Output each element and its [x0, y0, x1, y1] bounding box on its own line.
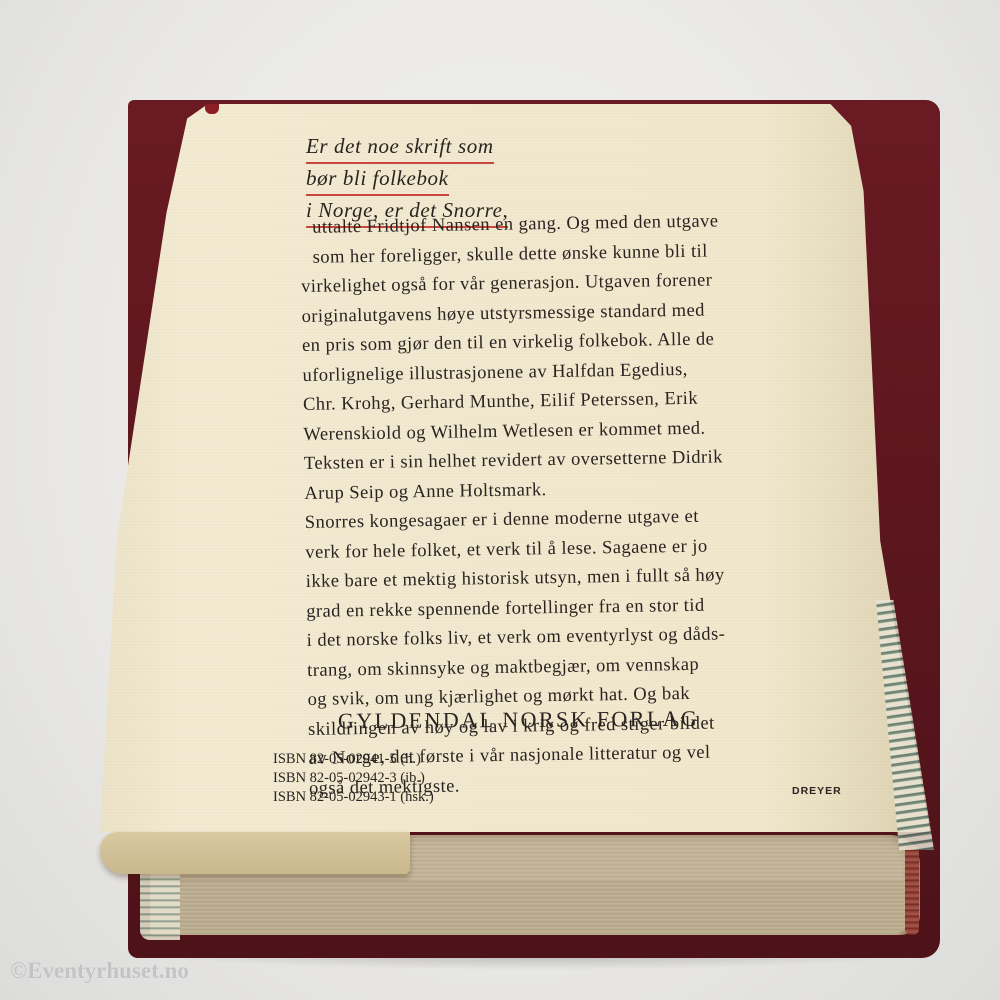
- headline-line: Er det noe skrift som: [306, 132, 494, 164]
- isbn-line: ISBN 82-05-02942-3 (ib.): [273, 769, 434, 788]
- isbn-block: ISBN 82-05-02941-5 (h.) ISBN 82-05-02942…: [273, 750, 434, 807]
- copyright-watermark: ©Eventyrhuset.no: [10, 958, 189, 984]
- isbn-line: ISBN 82-05-02941-5 (h.): [273, 750, 434, 769]
- publisher-name: GYLDENDAL NORSK FORLAG: [338, 706, 699, 735]
- isbn-line: ISBN 82-05-02943-1 (hsk.): [273, 788, 434, 807]
- cover-text: Er det noe skrift som bør bli folkebok i…: [0, 0, 1000, 1000]
- printer-name: DREYER: [792, 785, 842, 797]
- headline-line: bør bli folkebok: [306, 164, 449, 196]
